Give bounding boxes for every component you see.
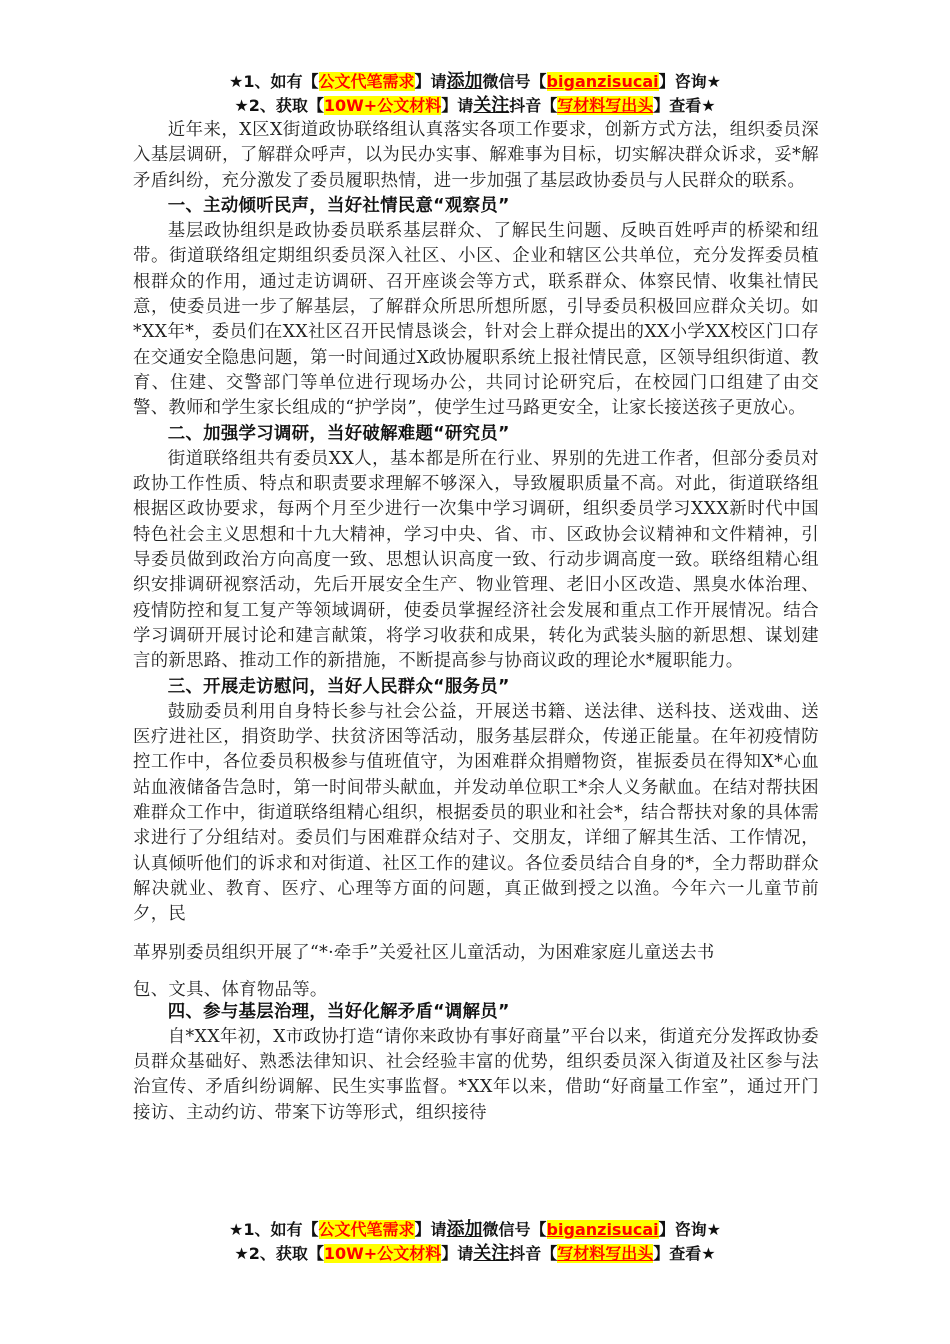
underlined-add: 添加 bbox=[447, 71, 483, 92]
intro-paragraph: 近年来，X区X街道政协联络组认真落实各项工作要求，创新方式方法，组织委员深入基层… bbox=[133, 118, 819, 194]
section-heading-4: 四、参与基层治理，当好化解矛盾“调解员” bbox=[133, 1000, 819, 1025]
highlight-materials: 10W+公文材料 bbox=[324, 1244, 441, 1263]
underlined-follow: 关注 bbox=[473, 95, 509, 116]
highlight-wechat-id[interactable]: biganzisucai bbox=[547, 1220, 659, 1239]
promo-text: ★1、如有【 bbox=[229, 1220, 318, 1239]
highlight-materials: 10W+公文材料 bbox=[324, 96, 441, 115]
highlight-ghostwriting: 公文代笔需求 bbox=[319, 1220, 415, 1239]
section-paragraph-3-cont1: 革界别委员组织开展了“*·牵手”关爱社区儿童活动，为困难家庭儿童送去书 bbox=[133, 934, 819, 972]
section-paragraph-1: 基层政协组织是政协委员联系基层群众、了解民生问题、反映百姓呼声的桥梁和纽带。街道… bbox=[133, 219, 819, 421]
highlight-douyin-account[interactable]: 写材料写出头 bbox=[557, 1244, 653, 1263]
highlight-ghostwriting: 公文代笔需求 bbox=[319, 72, 415, 91]
promo-text: ★2、获取【 bbox=[234, 1244, 323, 1263]
section-heading-2: 二、加强学习调研，当好破解难题“研究员” bbox=[133, 422, 819, 447]
promo-text: 】请 bbox=[415, 1220, 447, 1239]
promo-text: ★2、获取【 bbox=[234, 96, 323, 115]
promo-line-1: ★1、如有【公文代笔需求】请添加微信号【biganzisucai】咨询★ bbox=[0, 70, 950, 94]
promo-text: 抖音【 bbox=[509, 1244, 557, 1263]
underlined-follow: 关注 bbox=[473, 1243, 509, 1264]
promo-banner-top: ★1、如有【公文代笔需求】请添加微信号【biganzisucai】咨询★ ★2、… bbox=[0, 70, 950, 118]
section-paragraph-4: 自*XX年初，X市政协打造“请你来政协有事好商量”平台以来，街道充分发挥政协委员… bbox=[133, 1025, 819, 1126]
section-heading-3: 三、开展走访慰问，当好人民群众“服务员” bbox=[133, 675, 819, 700]
highlight-douyin-account[interactable]: 写材料写出头 bbox=[557, 96, 653, 115]
promo-text: 微信号【 bbox=[483, 72, 547, 91]
promo-text: 】请 bbox=[441, 1244, 473, 1263]
promo-line-2: ★2、获取【10W+公文材料】请关注抖音【写材料写出头】查看★ bbox=[0, 94, 950, 118]
promo-text: 】请 bbox=[441, 96, 473, 115]
promo-text: 抖音【 bbox=[509, 96, 557, 115]
promo-line-1: ★1、如有【公文代笔需求】请添加微信号【biganzisucai】咨询★ bbox=[0, 1218, 950, 1242]
section-paragraph-3: 鼓励委员利用自身特长参与社会公益，开展送书籍、送法律、送科技、送戏曲、送医疗进社… bbox=[133, 700, 819, 928]
promo-text: 微信号【 bbox=[483, 1220, 547, 1239]
document-body: 近年来，X区X街道政协联络组认真落实各项工作要求，创新方式方法，组织委员深入基层… bbox=[133, 118, 819, 1126]
underlined-add: 添加 bbox=[447, 1219, 483, 1240]
section-paragraph-2: 街道联络组共有委员XX人，基本都是所在行业、界别的先进工作者，但部分委员对政协工… bbox=[133, 447, 819, 675]
promo-line-2: ★2、获取【10W+公文材料】请关注抖音【写材料写出头】查看★ bbox=[0, 1242, 950, 1266]
promo-text: 】咨询★ bbox=[659, 1220, 721, 1239]
promo-text: 】咨询★ bbox=[659, 72, 721, 91]
highlight-wechat-id[interactable]: biganzisucai bbox=[547, 72, 659, 91]
section-heading-1: 一、主动倾听民声，当好社情民意“观察员” bbox=[133, 194, 819, 219]
promo-text: ★1、如有【 bbox=[229, 72, 318, 91]
promo-banner-bottom: ★1、如有【公文代笔需求】请添加微信号【biganzisucai】咨询★ ★2、… bbox=[0, 1218, 950, 1266]
promo-text: 】查看★ bbox=[653, 96, 715, 115]
promo-text: 】查看★ bbox=[653, 1244, 715, 1263]
promo-text: 】请 bbox=[415, 72, 447, 91]
